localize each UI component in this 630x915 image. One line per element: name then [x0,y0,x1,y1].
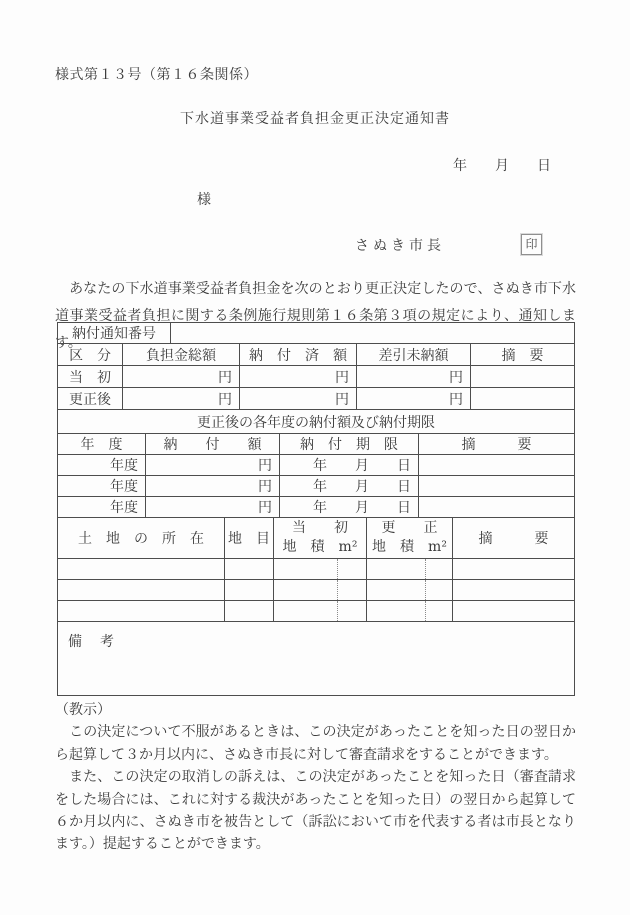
col-header-deadline: 納 付 期 限 [280,434,419,455]
notice-number-value-cell [171,323,575,344]
decimal-separator-line [367,580,426,600]
schedule-table: 年 度 納 付 額 納 付 期 限 摘 要 年度 円 年 月 日 年度 円 年 … [57,433,575,518]
form-number: 様式第１３号（第１６条関係） [55,64,258,84]
note-cell [453,601,575,622]
col-header-paid: 納 付 済 額 [240,344,357,366]
land-category-cell [225,559,274,580]
land-category-cell [225,601,274,622]
col-header-land-location: 土 地 の 所 在 [58,518,225,559]
land-table: 土 地 の 所 在 地 目 当 初 地 積 m² 更 正 地 積 m² 摘 要 [57,517,575,622]
note-cell [419,455,575,476]
yen-unit-label: 円 [146,476,280,497]
notice-number-label: 納付通知番号 [58,323,171,344]
land-row [58,559,575,580]
land-row [58,580,575,601]
table-row: 備 考 [58,622,575,696]
schedule-header-row: 年 度 納 付 額 納 付 期 限 摘 要 [58,434,575,455]
col-header-revised-area: 更 正 地 積 m² [367,518,453,559]
revised-area-cell [367,601,453,622]
land-header-row: 土 地 の 所 在 地 目 当 初 地 積 m² 更 正 地 積 m² 摘 要 [58,518,575,559]
decimal-separator-line [274,601,338,621]
land-category-cell [225,580,274,601]
initial-area-cell [274,601,367,622]
remarks-table: 備 考 [57,621,575,696]
note-cell [419,476,575,497]
note-cell [471,366,575,388]
decimal-separator-line [274,559,338,579]
yen-unit-label: 円 [146,497,280,518]
seal-mark: 印 [521,234,542,255]
schedule-row: 年度 円 年 月 日 [58,476,575,497]
land-location-cell [58,601,225,622]
schedule-row: 年度 円 年 月 日 [58,455,575,476]
col-header-land-category: 地 目 [225,518,274,559]
yen-unit-label: 円 [240,388,357,410]
due-date-fields: 年 月 日 [280,497,419,518]
note-cell [419,497,575,518]
col-header-amount: 納 付 額 [146,434,280,455]
table-row: 更正後の各年度の納付額及び納付期限 [58,410,575,434]
revised-area-line1: 更 正 [367,519,452,538]
land-location-cell [58,580,225,601]
note-cell [471,388,575,410]
col-header-total: 負担金総額 [123,344,240,366]
revised-area-cell [367,559,453,580]
decimal-separator-line [367,559,426,579]
schedule-caption: 更正後の各年度の納付額及び納付期限 [58,410,575,434]
instructions-heading: （教示） [55,699,576,721]
land-location-cell [58,559,225,580]
addressee-honorific: 様 [197,189,211,209]
year-label: 年度 [58,497,146,518]
yen-unit-label: 円 [123,366,240,388]
col-header-note: 摘 要 [453,518,575,559]
document-title: 下水道事業受益者負担金更正決定通知書 [0,108,630,128]
table-row: 納付通知番号 [58,323,575,344]
sender-name: さぬき市長 [355,235,445,255]
instructions-paragraph-2: また、この決定の取消しの訴えは、この決定があったことを知った日（審査請求をした場… [55,766,576,856]
yen-unit-label: 円 [123,388,240,410]
initial-area-line1: 当 初 [274,519,366,538]
col-header-year: 年 度 [58,434,146,455]
notice-number-table: 納付通知番号 [57,322,575,344]
col-header-note: 摘 要 [419,434,575,455]
col-header-unpaid: 差引未納額 [357,344,471,366]
revised-area-line2: 地 積 m² [367,538,452,557]
document-page: 様式第１３号（第１６条関係） 下水道事業受益者負担金更正決定通知書 年 月 日 … [0,0,630,915]
due-date-fields: 年 月 日 [280,455,419,476]
initial-area-line2: 地 積 m² [274,538,366,557]
remarks-label: 備 考 [58,622,575,696]
summary-header-row: 区 分 負担金総額 納 付 済 額 差引未納額 摘 要 [58,344,575,366]
schedule-caption-table: 更正後の各年度の納付額及び納付期限 [57,409,575,434]
yen-unit-label: 円 [357,388,471,410]
summary-row-initial: 当 初 円 円 円 [58,366,575,388]
summary-row-revised: 更正後 円 円 円 [58,388,575,410]
decimal-separator-line [274,580,338,600]
land-row [58,601,575,622]
initial-area-cell [274,559,367,580]
notice-table: 納付通知番号 区 分 負担金総額 納 付 済 額 差引未納額 摘 要 当 初 円… [57,322,576,696]
revised-area-cell [367,580,453,601]
note-cell [453,559,575,580]
col-header-initial-area: 当 初 地 積 m² [274,518,367,559]
decimal-separator-line [367,601,426,621]
yen-unit-label: 円 [357,366,471,388]
yen-unit-label: 円 [146,455,280,476]
year-label: 年度 [58,455,146,476]
col-header-note: 摘 要 [471,344,575,366]
schedule-row: 年度 円 年 月 日 [58,497,575,518]
initial-area-cell [274,580,367,601]
due-date-fields: 年 月 日 [280,476,419,497]
year-label: 年度 [58,476,146,497]
date-line: 年 月 日 [453,155,551,175]
row-label-revised: 更正後 [58,388,123,410]
instructions-paragraph-1: この決定について不服があるときは、この決定があったことを知った日の翌日から起算し… [55,721,576,766]
yen-unit-label: 円 [240,366,357,388]
instructions-section: （教示） この決定について不服があるときは、この決定があったことを知った日の翌日… [55,699,576,856]
note-cell [453,580,575,601]
col-header-category: 区 分 [58,344,123,366]
row-label-initial: 当 初 [58,366,123,388]
summary-table: 区 分 負担金総額 納 付 済 額 差引未納額 摘 要 当 初 円 円 円 更正… [57,343,575,410]
